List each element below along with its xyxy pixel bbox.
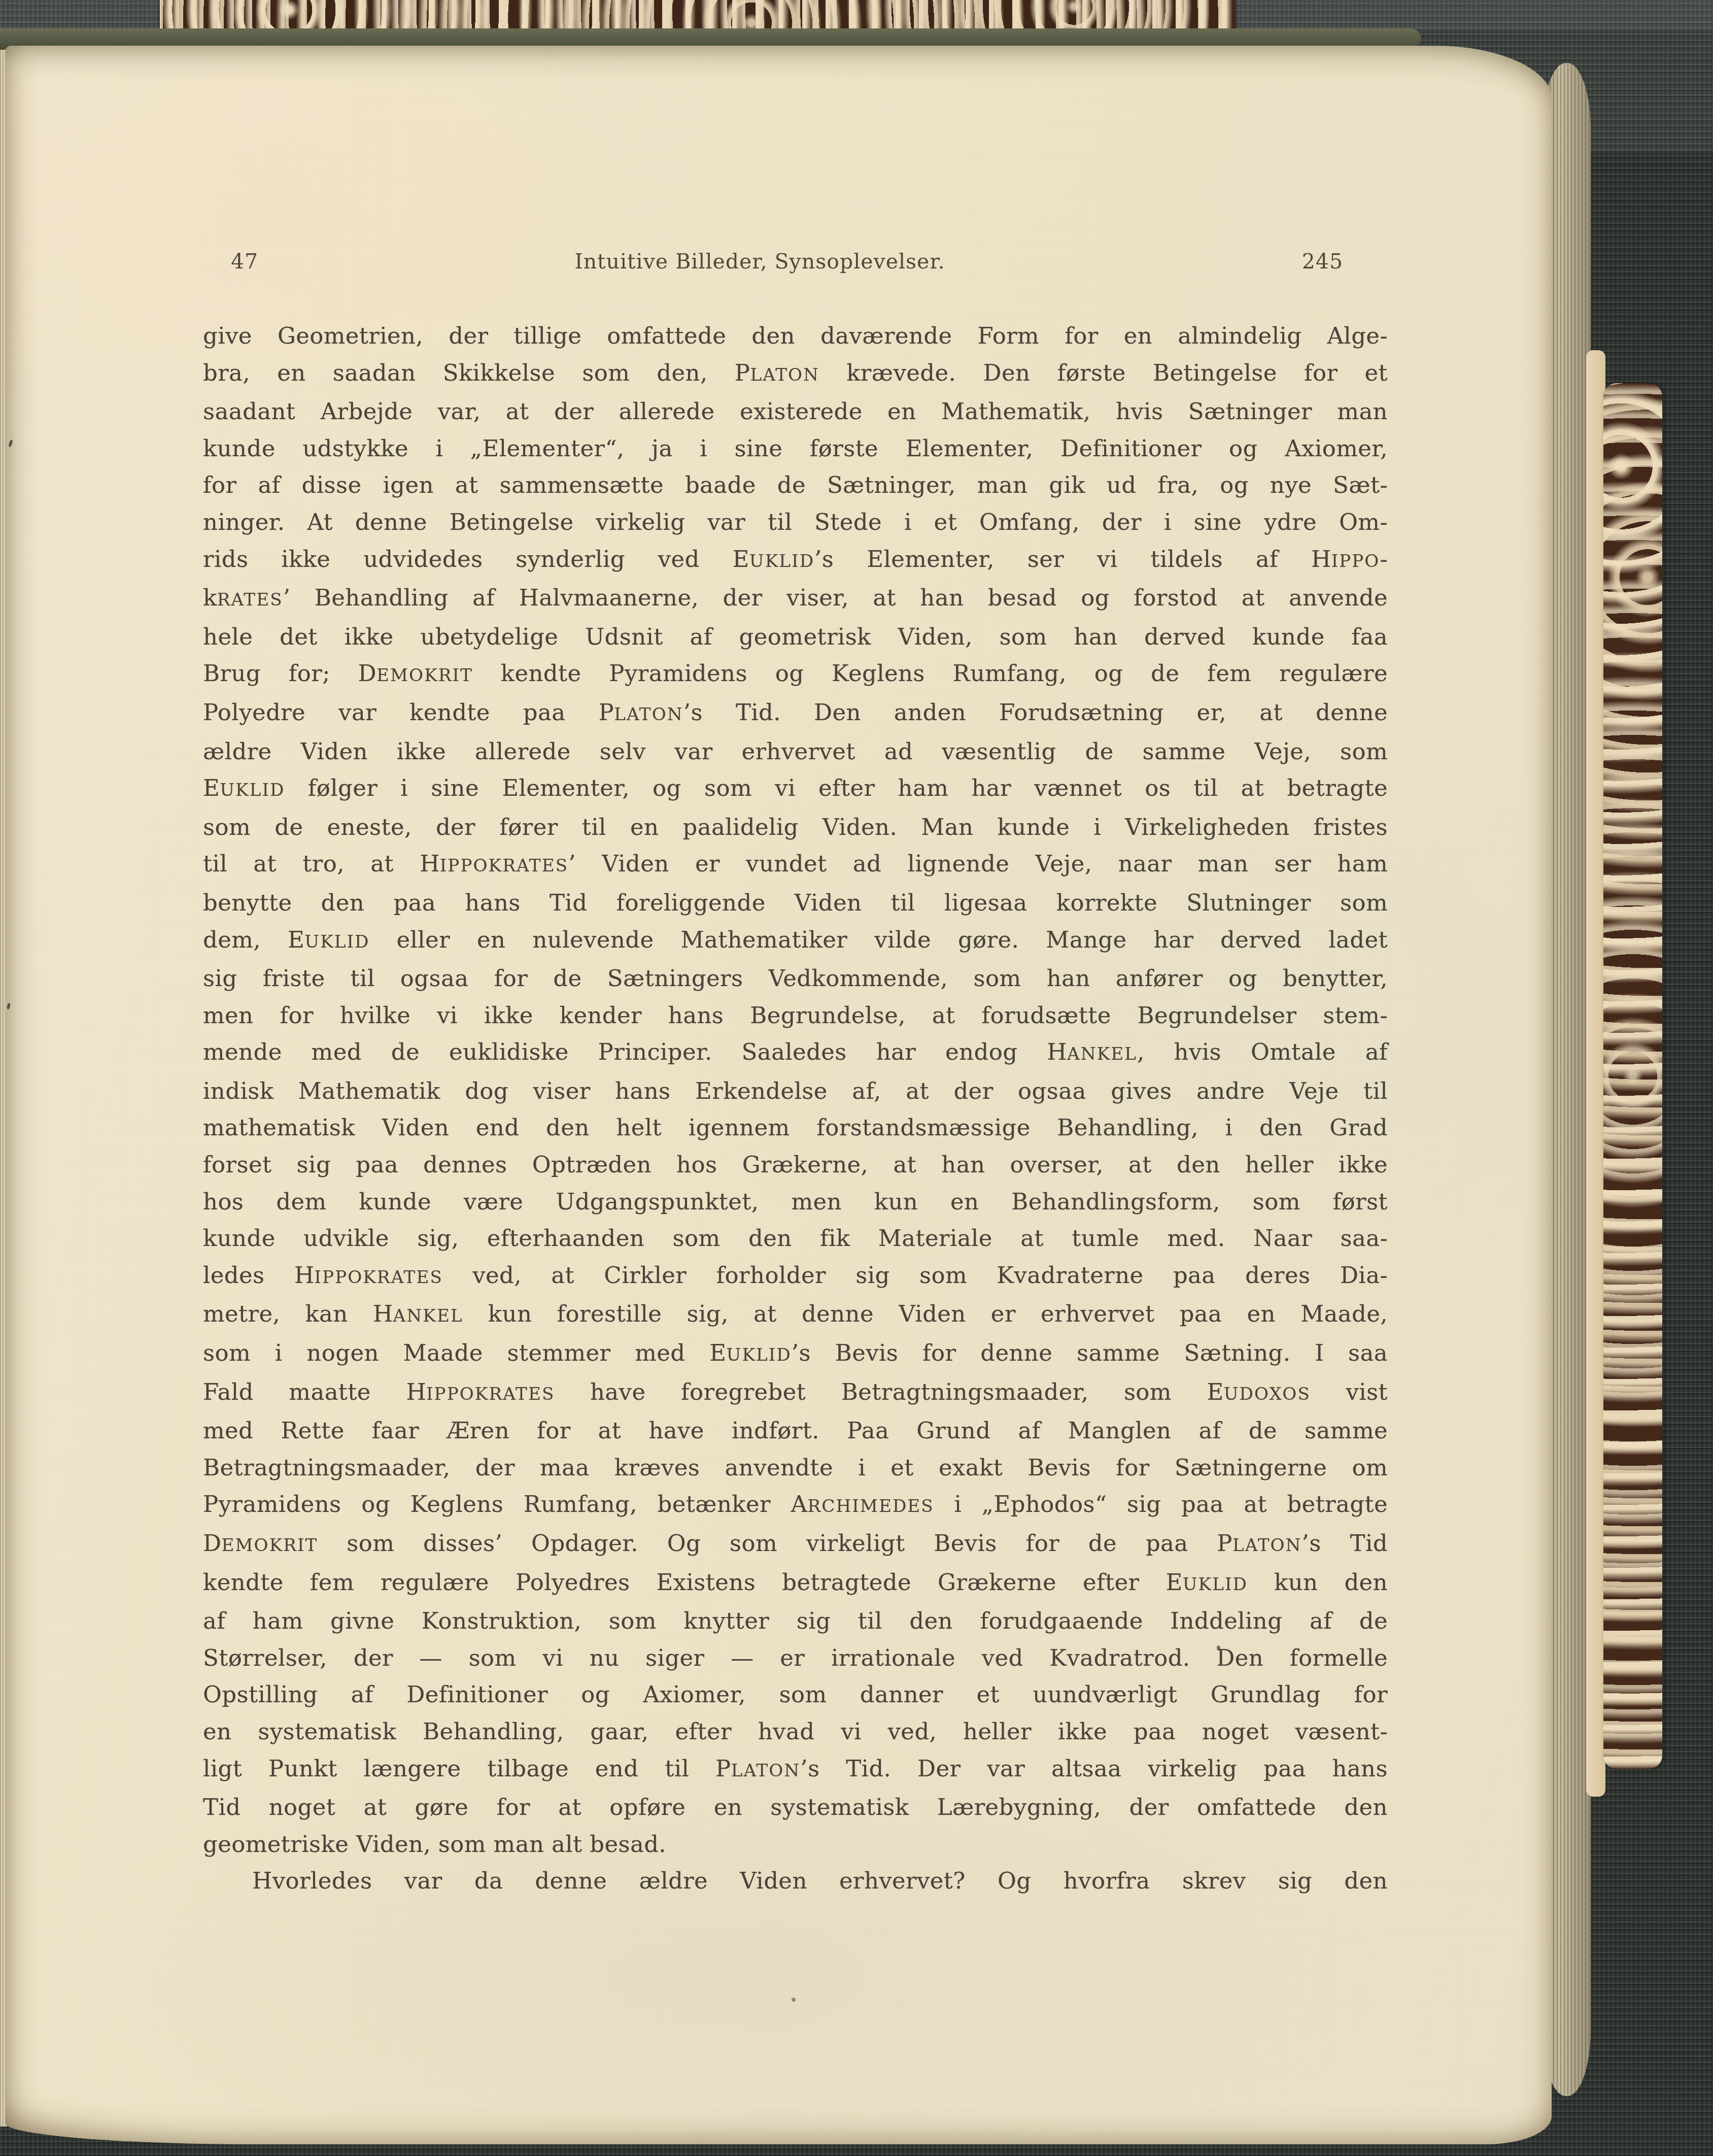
text-line: Hvorledes var da denne ældre Viden erhve… [203, 1863, 1388, 1900]
small-caps-name: EUDOXOS [1207, 1378, 1310, 1405]
text-line: Betragtningsmaader, der maa kræves anven… [203, 1450, 1388, 1487]
text-line: kendte fem regulære Polyedres Existens b… [203, 1564, 1388, 1603]
text-line: geometriske Viden, som man alt besad. [203, 1826, 1388, 1863]
running-title: Intuitive Billeder, Synsoplevelser. [167, 246, 1352, 277]
text-line: som i nogen Maade stemmer med EUKLID’s B… [203, 1335, 1388, 1374]
text-line: bra, en saadan Skikkelse som den, PLATON… [203, 355, 1388, 394]
text-line: ældre Viden ikke allerede selv var erhve… [203, 733, 1388, 770]
small-caps-name: EUKLID [203, 774, 285, 801]
text-line: Tid noget at gøre for at opføre en syste… [203, 1789, 1388, 1826]
text-line: for af disse igen at sammensætte baade d… [203, 467, 1388, 504]
small-caps-name: EUKLID [709, 1339, 791, 1366]
book-page: 47 Intuitive Billeder, Synsoplevelser. 2… [5, 46, 1552, 2144]
scanned-book-page: 47 Intuitive Billeder, Synsoplevelser. 2… [0, 0, 1713, 2156]
small-caps-name: DEMOKRIT [358, 660, 473, 687]
small-caps-name: EUKLID [733, 546, 814, 572]
text-line: mende med de euklidiske Principer. Saale… [203, 1034, 1388, 1073]
text-line: Brug for; DEMOKRIT kendte Pyramidens og … [203, 655, 1388, 694]
small-caps-name: EUKLID [288, 926, 369, 953]
text-line: kRATES’ Behandling af Halvmaanerne, der … [203, 580, 1388, 619]
small-caps-name: HIPPOKRATES [420, 850, 568, 877]
scan-speck [7, 1003, 11, 1010]
text-line: som de eneste, der fører til en paalidel… [203, 809, 1388, 846]
text-line: metre, kan HANKEL kun forestille sig, at… [203, 1296, 1388, 1335]
text-line: men for hvilke vi ikke kender hans Begru… [203, 997, 1388, 1034]
text-line: DEMOKRIT som disses’ Opdager. Og som vir… [203, 1525, 1388, 1564]
marbled-edge-right [1603, 383, 1662, 1769]
small-caps-name: HIPPOKRATES [294, 1262, 443, 1289]
small-caps-name: DEMOKRIT [203, 1530, 318, 1557]
scan-speck [8, 439, 13, 447]
small-caps-name: kRATES [203, 584, 283, 611]
text-line: med Rette faar Æren for at have indført.… [203, 1412, 1388, 1450]
text-line: ninger. At denne Betingelse virkelig var… [203, 504, 1388, 541]
small-caps-name: ARCHIMEDES [791, 1491, 934, 1518]
text-line: dem, EUKLID eller en nulevende Mathemati… [203, 922, 1388, 961]
small-caps-name: HIPPO [1311, 546, 1380, 572]
small-caps-name: PLATON [735, 359, 819, 386]
text-line: sig friste til ogsaa for de Sætningers V… [203, 960, 1388, 997]
marbled-edge-top [160, 0, 1236, 32]
text-line: Pyramidens og Keglens Rumfang, betænker … [203, 1486, 1388, 1525]
small-caps-name: PLATON [598, 699, 683, 726]
text-line: indisk Mathematik dog viser hans Erkende… [203, 1073, 1388, 1110]
small-caps-name: PLATON [715, 1755, 800, 1782]
text-line: en systematisk Behandling, gaar, efter h… [203, 1713, 1388, 1750]
text-line: hos dem kunde være Udgangspunktet, men k… [203, 1184, 1388, 1221]
text-line: EUKLID følger i sine Elementer, og som v… [203, 770, 1388, 809]
text-line: rids ikke udvidedes synderlig ved EUKLID… [203, 541, 1388, 580]
text-line: mathematisk Viden end den helt igennem f… [203, 1109, 1388, 1147]
text-line: give Geometrien, der tillige omfattede d… [203, 318, 1388, 355]
text-line: benytte den paa hans Tid foreliggende Vi… [203, 885, 1388, 922]
text-line: ledes HIPPOKRATES ved, at Cirkler forhol… [203, 1257, 1388, 1296]
running-head: 47 Intuitive Billeder, Synsoplevelser. 2… [203, 246, 1388, 277]
body-text: give Geometrien, der tillige omfattede d… [203, 318, 1388, 1900]
text-line: hele det ikke ubetydelige Udsnit af geom… [203, 619, 1388, 656]
text-line: forset sig paa dennes Optræden hos Græke… [203, 1147, 1388, 1184]
small-caps-name: HIPPOKRATES [406, 1378, 555, 1405]
text-line: Opstilling af Definitioner og Axiomer, s… [203, 1676, 1388, 1713]
scan-speck [792, 1998, 796, 2002]
text-line: kunde udvikle sig, efterhaanden som den … [203, 1220, 1388, 1257]
text-line: Fald maatte HIPPOKRATES have foregrebet … [203, 1374, 1388, 1413]
text-line: Størrelser, der — som vi nu siger — er i… [203, 1640, 1388, 1677]
text-line: saadant Arbejde var, at der allerede exi… [203, 393, 1388, 430]
text-line: af ham givne Konstruktion, som knytter s… [203, 1603, 1388, 1640]
small-caps-name: HANKEL [1047, 1038, 1137, 1065]
text-line: kunde udstykke i „Elementer“, ja i sine … [203, 430, 1388, 467]
text-line: til at tro, at HIPPOKRATES’ Viden er vun… [203, 846, 1388, 885]
small-caps-name: HANKEL [373, 1300, 463, 1327]
text-line: ligt Punkt længere tilbage end til PLATO… [203, 1750, 1388, 1790]
text-line: Polyedre var kendte paa PLATON’s Tid. De… [203, 694, 1388, 733]
small-caps-name: PLATON [1217, 1530, 1301, 1557]
small-caps-name: EUKLID [1166, 1569, 1247, 1596]
page-number: 245 [1302, 246, 1343, 277]
endpaper-edge [1586, 350, 1605, 1797]
